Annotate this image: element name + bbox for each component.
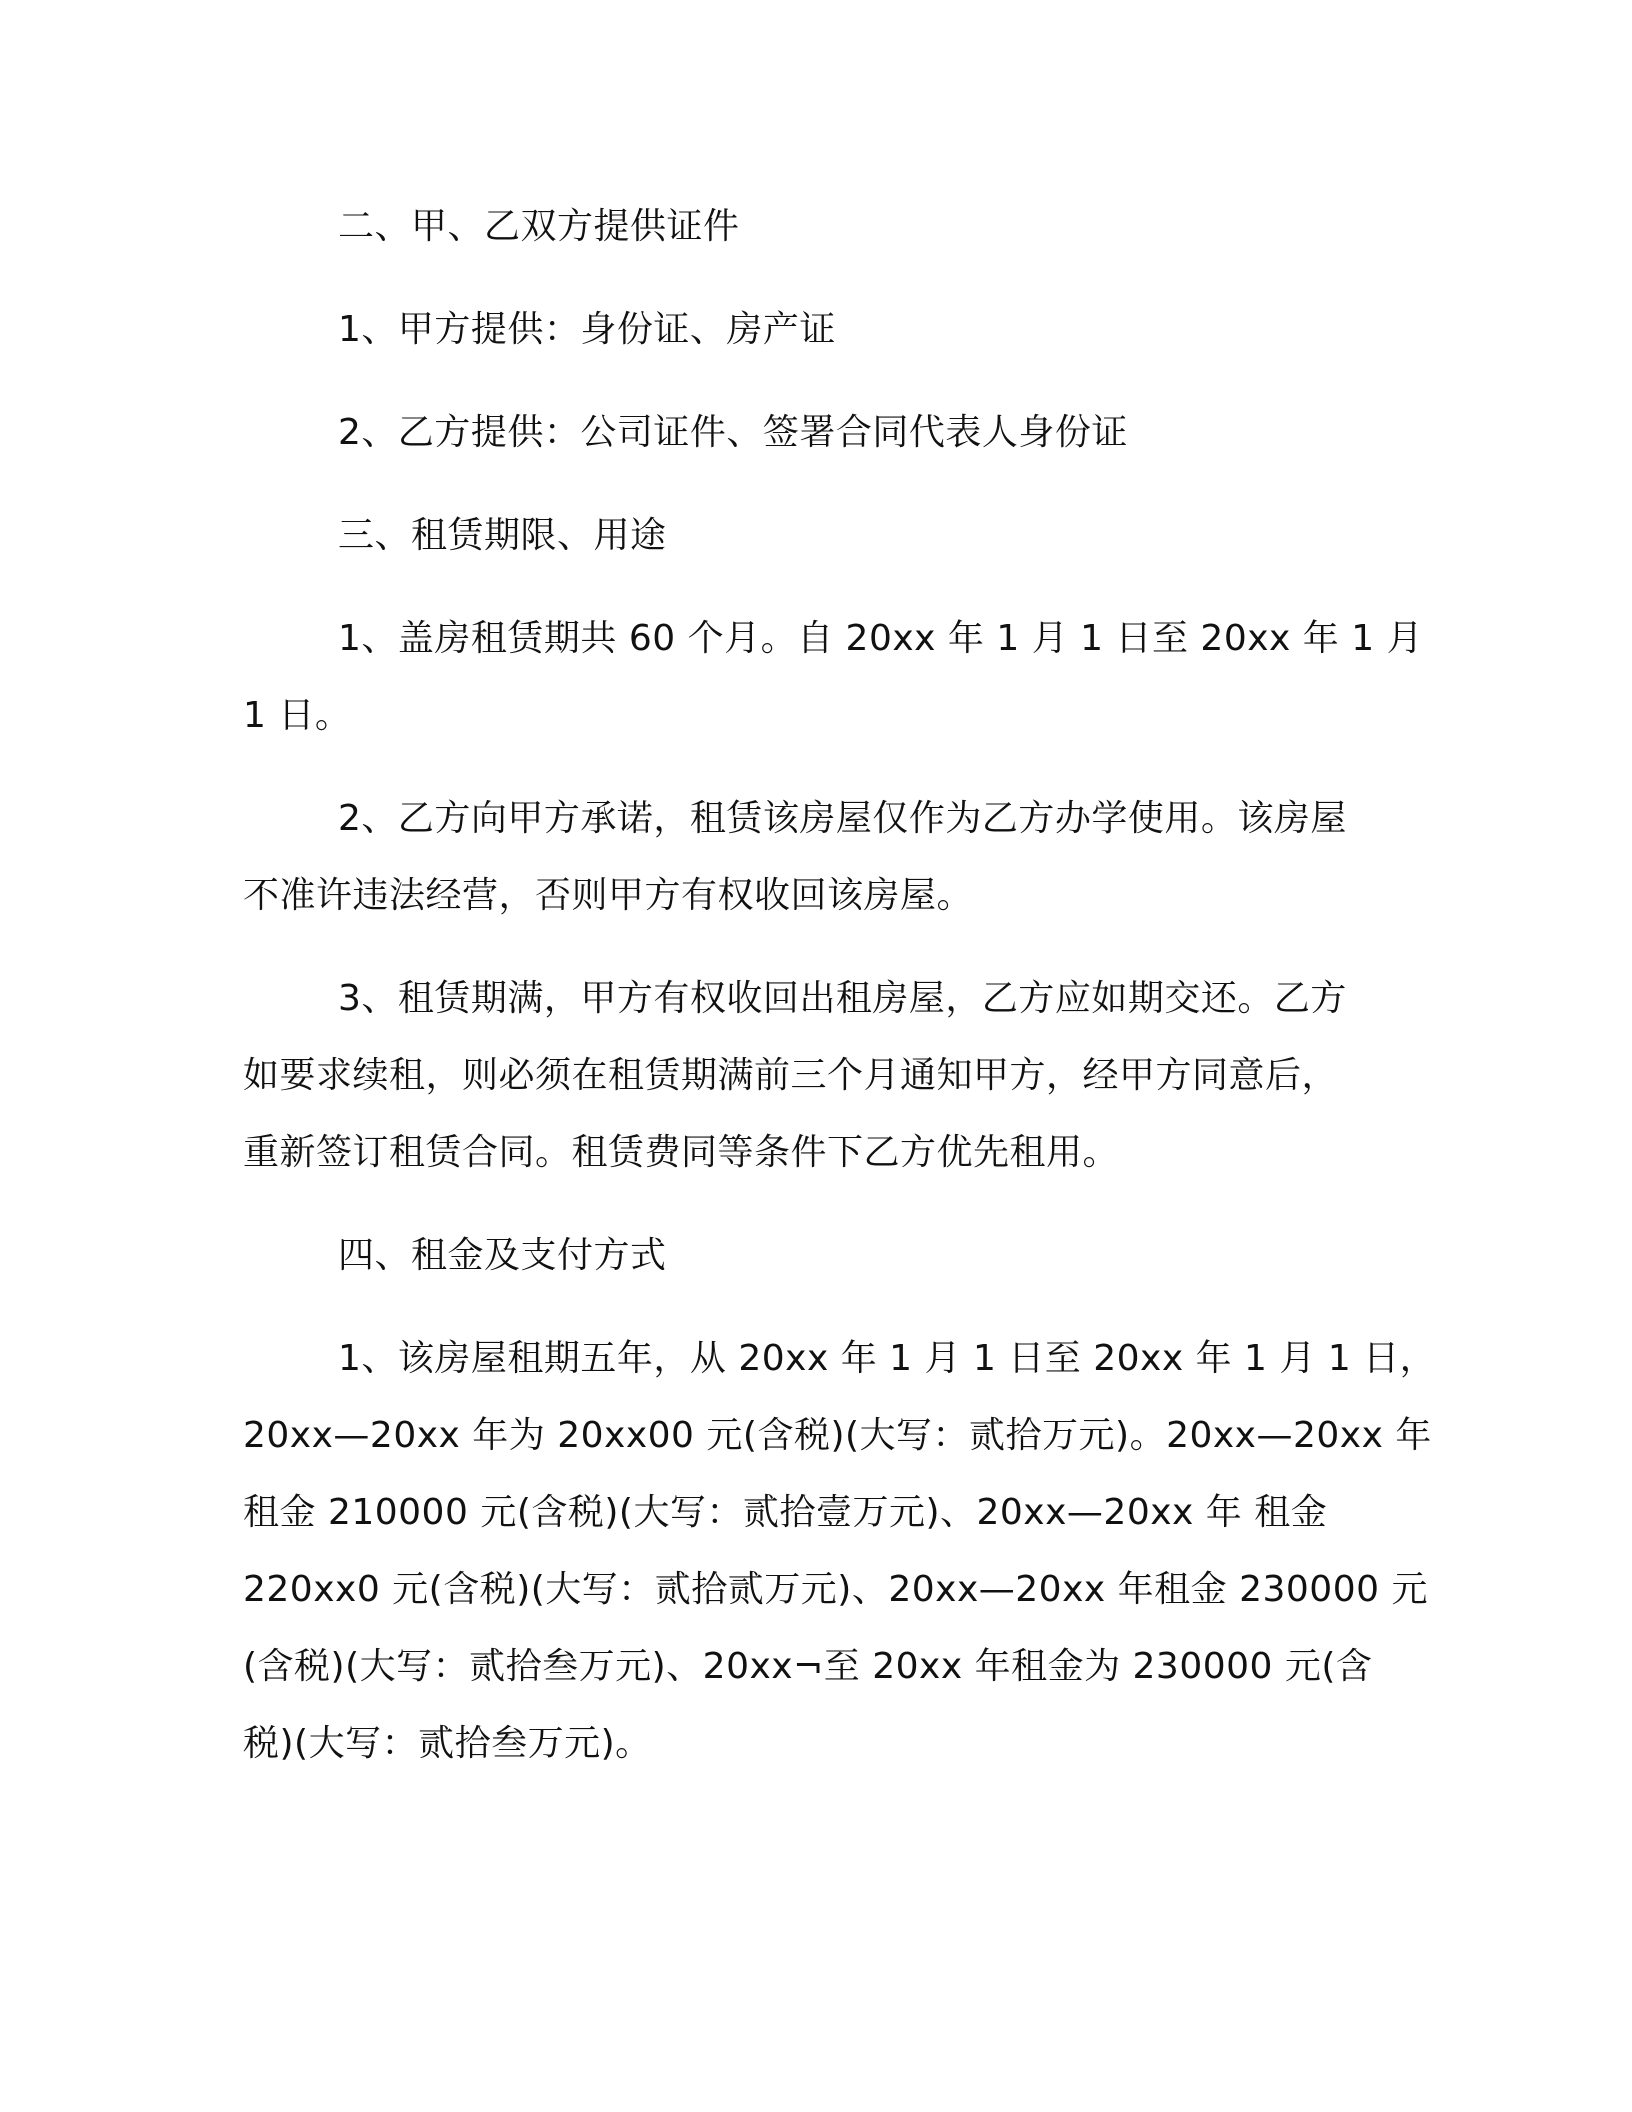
- clause-line: 1、盖房租赁期共 60 个月。自 20xx 年 1 月 1 日至 20xx 年 …: [243, 600, 1383, 677]
- clause-party-b-documents: 2、乙方提供：公司证件、签署合同代表人身份证: [243, 394, 1383, 471]
- heading-text: 三、租赁期限、用途: [243, 497, 1383, 574]
- document-body: 二、甲、乙双方提供证件 1、甲方提供：身份证、房产证 2、乙方提供：公司证件、签…: [243, 188, 1383, 1808]
- clause-line: 租金 210000 元(含税)(大写：贰拾壹万元)、20xx—20xx 年 租金: [243, 1474, 1383, 1551]
- clause-lease-period: 1、盖房租赁期共 60 个月。自 20xx 年 1 月 1 日至 20xx 年 …: [243, 600, 1383, 754]
- clause-line: 1 日。: [243, 677, 1383, 754]
- heading-text: 四、租金及支付方式: [243, 1217, 1383, 1294]
- clause-line: 不准许违法经营，否则甲方有权收回该房屋。: [243, 857, 1383, 934]
- clause-line: 220xx0 元(含税)(大写：贰拾贰万元)、20xx—20xx 年租金 230…: [243, 1551, 1383, 1628]
- document-page: 二、甲、乙双方提供证件 1、甲方提供：身份证、房产证 2、乙方提供：公司证件、签…: [0, 0, 1632, 2112]
- clause-line: 如要求续租，则必须在租赁期满前三个月通知甲方，经甲方同意后，: [243, 1037, 1383, 1114]
- clause-lease-expiry: 3、租赁期满，甲方有权收回出租房屋，乙方应如期交还。乙方 如要求续租，则必须在租…: [243, 960, 1383, 1191]
- clause-line: 3、租赁期满，甲方有权收回出租房屋，乙方应如期交还。乙方: [243, 960, 1383, 1037]
- clause-rent-schedule: 1、该房屋租期五年，从 20xx 年 1 月 1 日至 20xx 年 1 月 1…: [243, 1320, 1383, 1782]
- clause-line: (含税)(大写：贰拾叁万元)、20xx¬至 20xx 年租金为 230000 元…: [243, 1628, 1383, 1705]
- clause-line: 重新签订租赁合同。租赁费同等条件下乙方优先租用。: [243, 1114, 1383, 1191]
- clause-line: 税)(大写：贰拾叁万元)。: [243, 1705, 1383, 1782]
- section-heading-lease-term: 三、租赁期限、用途: [243, 497, 1383, 574]
- clause-line: 1、该房屋租期五年，从 20xx 年 1 月 1 日至 20xx 年 1 月 1…: [243, 1320, 1383, 1397]
- heading-text: 二、甲、乙双方提供证件: [243, 188, 1383, 265]
- section-heading-documents: 二、甲、乙双方提供证件: [243, 188, 1383, 265]
- clause-line: 2、乙方向甲方承诺，租赁该房屋仅作为乙方办学使用。该房屋: [243, 780, 1383, 857]
- clause-party-a-documents: 1、甲方提供：身份证、房产证: [243, 291, 1383, 368]
- clause-usage-commitment: 2、乙方向甲方承诺，租赁该房屋仅作为乙方办学使用。该房屋 不准许违法经营，否则甲…: [243, 780, 1383, 934]
- section-heading-rent-payment: 四、租金及支付方式: [243, 1217, 1383, 1294]
- clause-line: 1、甲方提供：身份证、房产证: [243, 291, 1383, 368]
- clause-line: 20xx—20xx 年为 20xx00 元(含税)(大写：贰拾万元)。20xx—…: [243, 1397, 1383, 1474]
- clause-line: 2、乙方提供：公司证件、签署合同代表人身份证: [243, 394, 1383, 471]
